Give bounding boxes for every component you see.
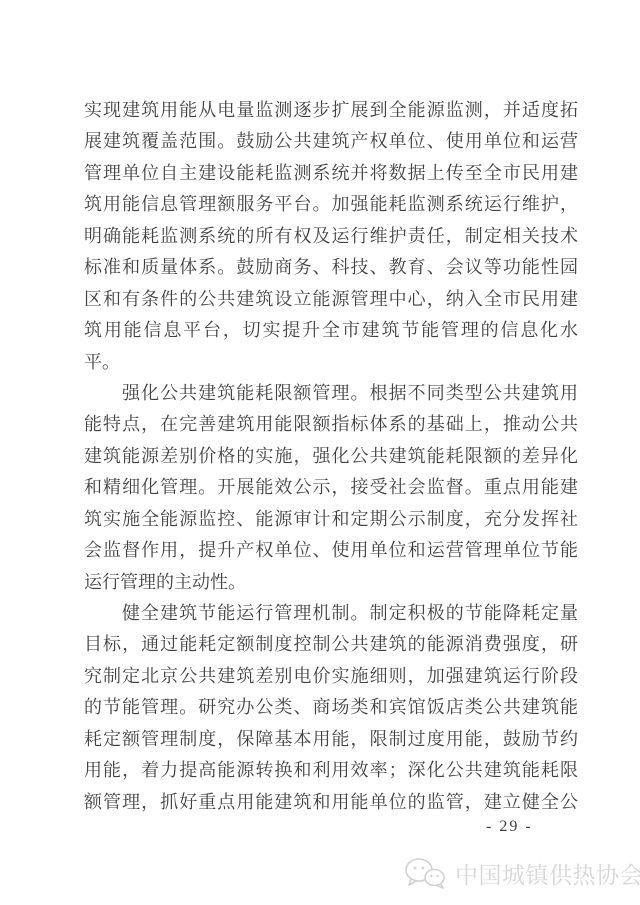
text-line: 究制定北京公共建筑差别电价实施细则，加强建筑运行阶段 — [84, 661, 578, 692]
text-line: 运行管理的主动性。 — [84, 567, 578, 598]
document-body: 实现建筑用能从电量监测逐步扩展到全能源监测，并适度拓展建筑覆盖范围。鼓励公共建筑… — [84, 95, 578, 818]
wechat-icon — [404, 856, 446, 890]
text-line: 的节能管理。研究办公类、商场类和宾馆饭店类公共建筑能 — [84, 692, 578, 723]
text-line: 实现建筑用能从电量监测逐步扩展到全能源监测，并适度拓 — [84, 95, 578, 126]
text-line: 筑实施全能源监控、能源审计和定期公示制度，充分发挥社 — [84, 504, 578, 535]
text-line: 额管理，抓好重点用能建筑和用能单位的监管，建立健全公 — [84, 787, 578, 818]
text-line: 明确能耗监测系统的所有权及运行维护责任，制定相关技术 — [84, 221, 578, 252]
text-line: 目标，通过能耗定额制度控制公共建筑的能源消费强度，研 — [84, 629, 578, 660]
text-line: 平。 — [84, 347, 578, 378]
text-line: 筑用能信息平台，切实提升全市建筑节能管理的信息化水 — [84, 315, 578, 346]
text-line: 能特点，在完善建筑用能限额指标体系的基础上，推动公共 — [84, 409, 578, 440]
document-page: 实现建筑用能从电量监测逐步扩展到全能源监测，并适度拓展建筑覆盖范围。鼓励公共建筑… — [0, 0, 640, 905]
text-line: 和精细化管理。开展能效公示，接受社会监督。重点用能建 — [84, 472, 578, 503]
page-number: - 29 - — [486, 818, 533, 836]
text-line: 展建筑覆盖范围。鼓励公共建筑产权单位、使用单位和运营 — [84, 126, 578, 157]
text-line: 区和有条件的公共建筑设立能源管理中心，纳入全市民用建 — [84, 284, 578, 315]
text-line: 强化公共建筑能耗限额管理。根据不同类型公共建筑用 — [84, 378, 578, 409]
text-line: 健全建筑节能运行管理机制。制定积极的节能降耗定量 — [84, 598, 578, 629]
text-line: 会监督作用，提升产权单位、使用单位和运营管理单位节能 — [84, 535, 578, 566]
text-line: 用能，着力提高能源转换和利用效率；深化公共建筑能耗限 — [84, 755, 578, 786]
watermark-text: 中国城镇供热协会 — [455, 857, 640, 890]
text-line: 标准和质量体系。鼓励商务、科技、教育、会议等功能性园 — [84, 252, 578, 283]
text-line: 建筑能源差别价格的实施，强化公共建筑能耗限额的差异化 — [84, 441, 578, 472]
text-line: 筑用能信息管理额服务平台。加强能耗监测系统运行维护， — [84, 189, 578, 220]
watermark: 中国城镇供热协会 — [404, 856, 640, 890]
text-line: 管理单位自主建设能耗监测系统并将数据上传至全市民用建 — [84, 158, 578, 189]
text-line: 耗定额管理制度，保障基本用能，限制过度用能，鼓励节约 — [84, 724, 578, 755]
